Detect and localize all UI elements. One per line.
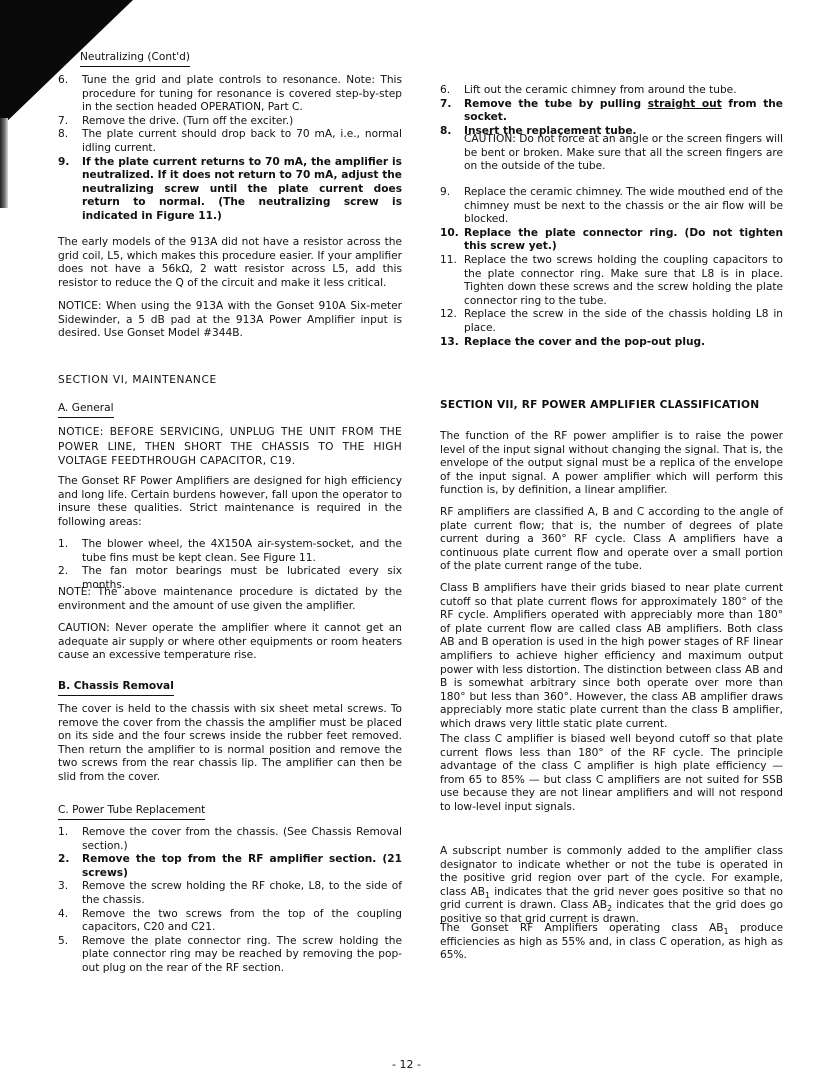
list-item: 4.Remove the two screws from the top of …: [58, 908, 402, 935]
early-models-paragraph: The early models of the 913A did not hav…: [58, 236, 402, 290]
list-item: 12.Replace the screw in the side of the …: [440, 308, 783, 335]
general-heading: A. General: [58, 402, 114, 418]
servicing-notice: NOTICE: BEFORE SERVICING, UNPLUG THE UNI…: [58, 425, 402, 469]
section-7-title: SECTION VII, RF POWER AMPLIFIER CLASSIFI…: [440, 399, 783, 413]
classification-para-6: The Gonset RF Amplifiers operating class…: [440, 922, 783, 963]
tube-replacement-steps: 1.Remove the cover from the chassis. (Se…: [58, 826, 402, 976]
tube-replacement-steps-final: 9.Replace the ceramic chimney. The wide …: [440, 186, 783, 349]
screen-fingers-caution: CAUTION: Do not force at an angle or the…: [440, 133, 783, 174]
notice-910a-paragraph: NOTICE: When using the 913A with the Gon…: [58, 300, 402, 341]
list-item: 7.Remove the drive. (Turn off the excite…: [58, 115, 402, 129]
classification-para-3: Class B amplifiers have their grids bias…: [440, 582, 783, 732]
classification-para-2: RF amplifiers are classified A, B and C …: [440, 506, 783, 574]
chassis-removal-paragraph: The cover is held to the chassis with si…: [58, 703, 402, 785]
list-item: 7.Remove the tube by pulling straight ou…: [440, 98, 783, 125]
air-supply-caution: CAUTION: Never operate the amplifier whe…: [58, 622, 402, 663]
list-item: 1.Remove the cover from the chassis. (Se…: [58, 826, 402, 853]
tube-replacement-steps-continued: 6.Lift out the ceramic chimney from arou…: [440, 84, 783, 138]
straight-out-emphasis: straight out: [648, 98, 722, 110]
maintenance-items: 1.The blower wheel, the 4X150A air-syste…: [58, 538, 402, 592]
list-item: 11.Replace the two screws holding the co…: [440, 254, 783, 308]
maintenance-note: NOTE: The above maintenance procedure is…: [58, 586, 402, 613]
list-item: 9.Replace the ceramic chimney. The wide …: [440, 186, 783, 227]
list-item: 2.Remove the top from the RF amplifier s…: [58, 853, 402, 880]
list-item: 10.Replace the plate connector ring. (Do…: [440, 227, 783, 254]
classification-para-1: The function of the RF power amplifier i…: [440, 430, 783, 498]
list-item: 8.The plate current should drop back to …: [58, 128, 402, 155]
classification-para-5: A subscript number is commonly added to …: [440, 845, 783, 927]
list-item: 5.Remove the plate connector ring. The s…: [58, 935, 402, 976]
tube-replacement-heading: C. Power Tube Replacement: [58, 804, 205, 820]
list-item: 6.Lift out the ceramic chimney from arou…: [440, 84, 783, 98]
list-item: 3.Remove the screw holding the RF choke,…: [58, 880, 402, 907]
list-item: 9.If the plate current returns to 70 mA,…: [58, 156, 402, 224]
list-item: 6.Tune the grid and plate controls to re…: [58, 74, 402, 115]
maintenance-intro-paragraph: The Gonset RF Power Amplifiers are desig…: [58, 475, 402, 529]
scan-edge-shadow: [0, 118, 8, 208]
list-item: 1.The blower wheel, the 4X150A air-syste…: [58, 538, 402, 565]
neutralizing-heading: Neutralizing (Cont'd): [80, 51, 190, 67]
section-6-title: SECTION VI, MAINTENANCE: [58, 374, 402, 388]
chassis-removal-heading: B. Chassis Removal: [58, 680, 174, 696]
classification-para-4: The class C amplifier is biased well bey…: [440, 733, 783, 815]
list-item: 13.Replace the cover and the pop-out plu…: [440, 336, 783, 350]
page-number: - 12 -: [392, 1058, 421, 1072]
neutralizing-steps: 6.Tune the grid and plate controls to re…: [58, 74, 402, 224]
